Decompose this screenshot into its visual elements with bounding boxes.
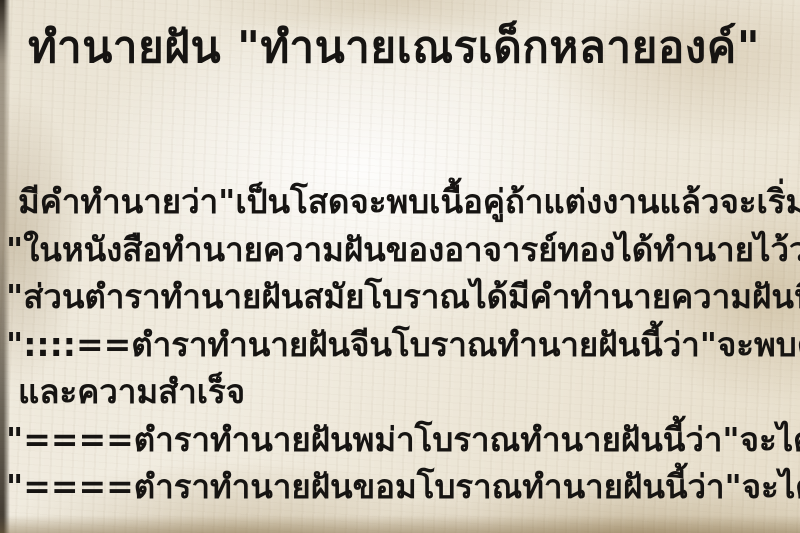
body-line-1: มีคำทำนายว่า"เป็นโสดจะพบเนื้อคู่ถ้าแต่งง…	[6, 178, 800, 226]
body-line-6: "====ตำราทำนายฝันพม่าโบราณทำนายฝันนี้ว่า…	[6, 416, 800, 464]
body-line-7: "====ตำราทำนายฝันขอมโบราณทำนายฝันนี้ว่า"…	[6, 463, 800, 511]
paper-bottom-edge-shadow	[0, 515, 800, 533]
body-line-4: "::::==ตำราทำนายฝันจีนโบราณทำนายฝันนี้ว่…	[6, 321, 800, 369]
body-line-5: และความสำเร็จ	[6, 368, 800, 416]
page-title: ทำนายฝัน "ทำนายเณรเด็กหลายองค์"	[28, 8, 760, 88]
body-text: มีคำทำนายว่า"เป็นโสดจะพบเนื้อคู่ถ้าแต่งง…	[6, 178, 800, 511]
body-line-2: "ในหนังสือทำนายความฝันของอาจารย์ทองได้ทำ…	[6, 226, 800, 274]
dream-interpretation-page: ทำนายฝัน "ทำนายเณรเด็กหลายองค์" มีคำทำนา…	[0, 0, 800, 533]
body-line-3: "ส่วนตำราทำนายฝันสมัยโบราณได้มีคำทำนายคว…	[6, 273, 800, 321]
